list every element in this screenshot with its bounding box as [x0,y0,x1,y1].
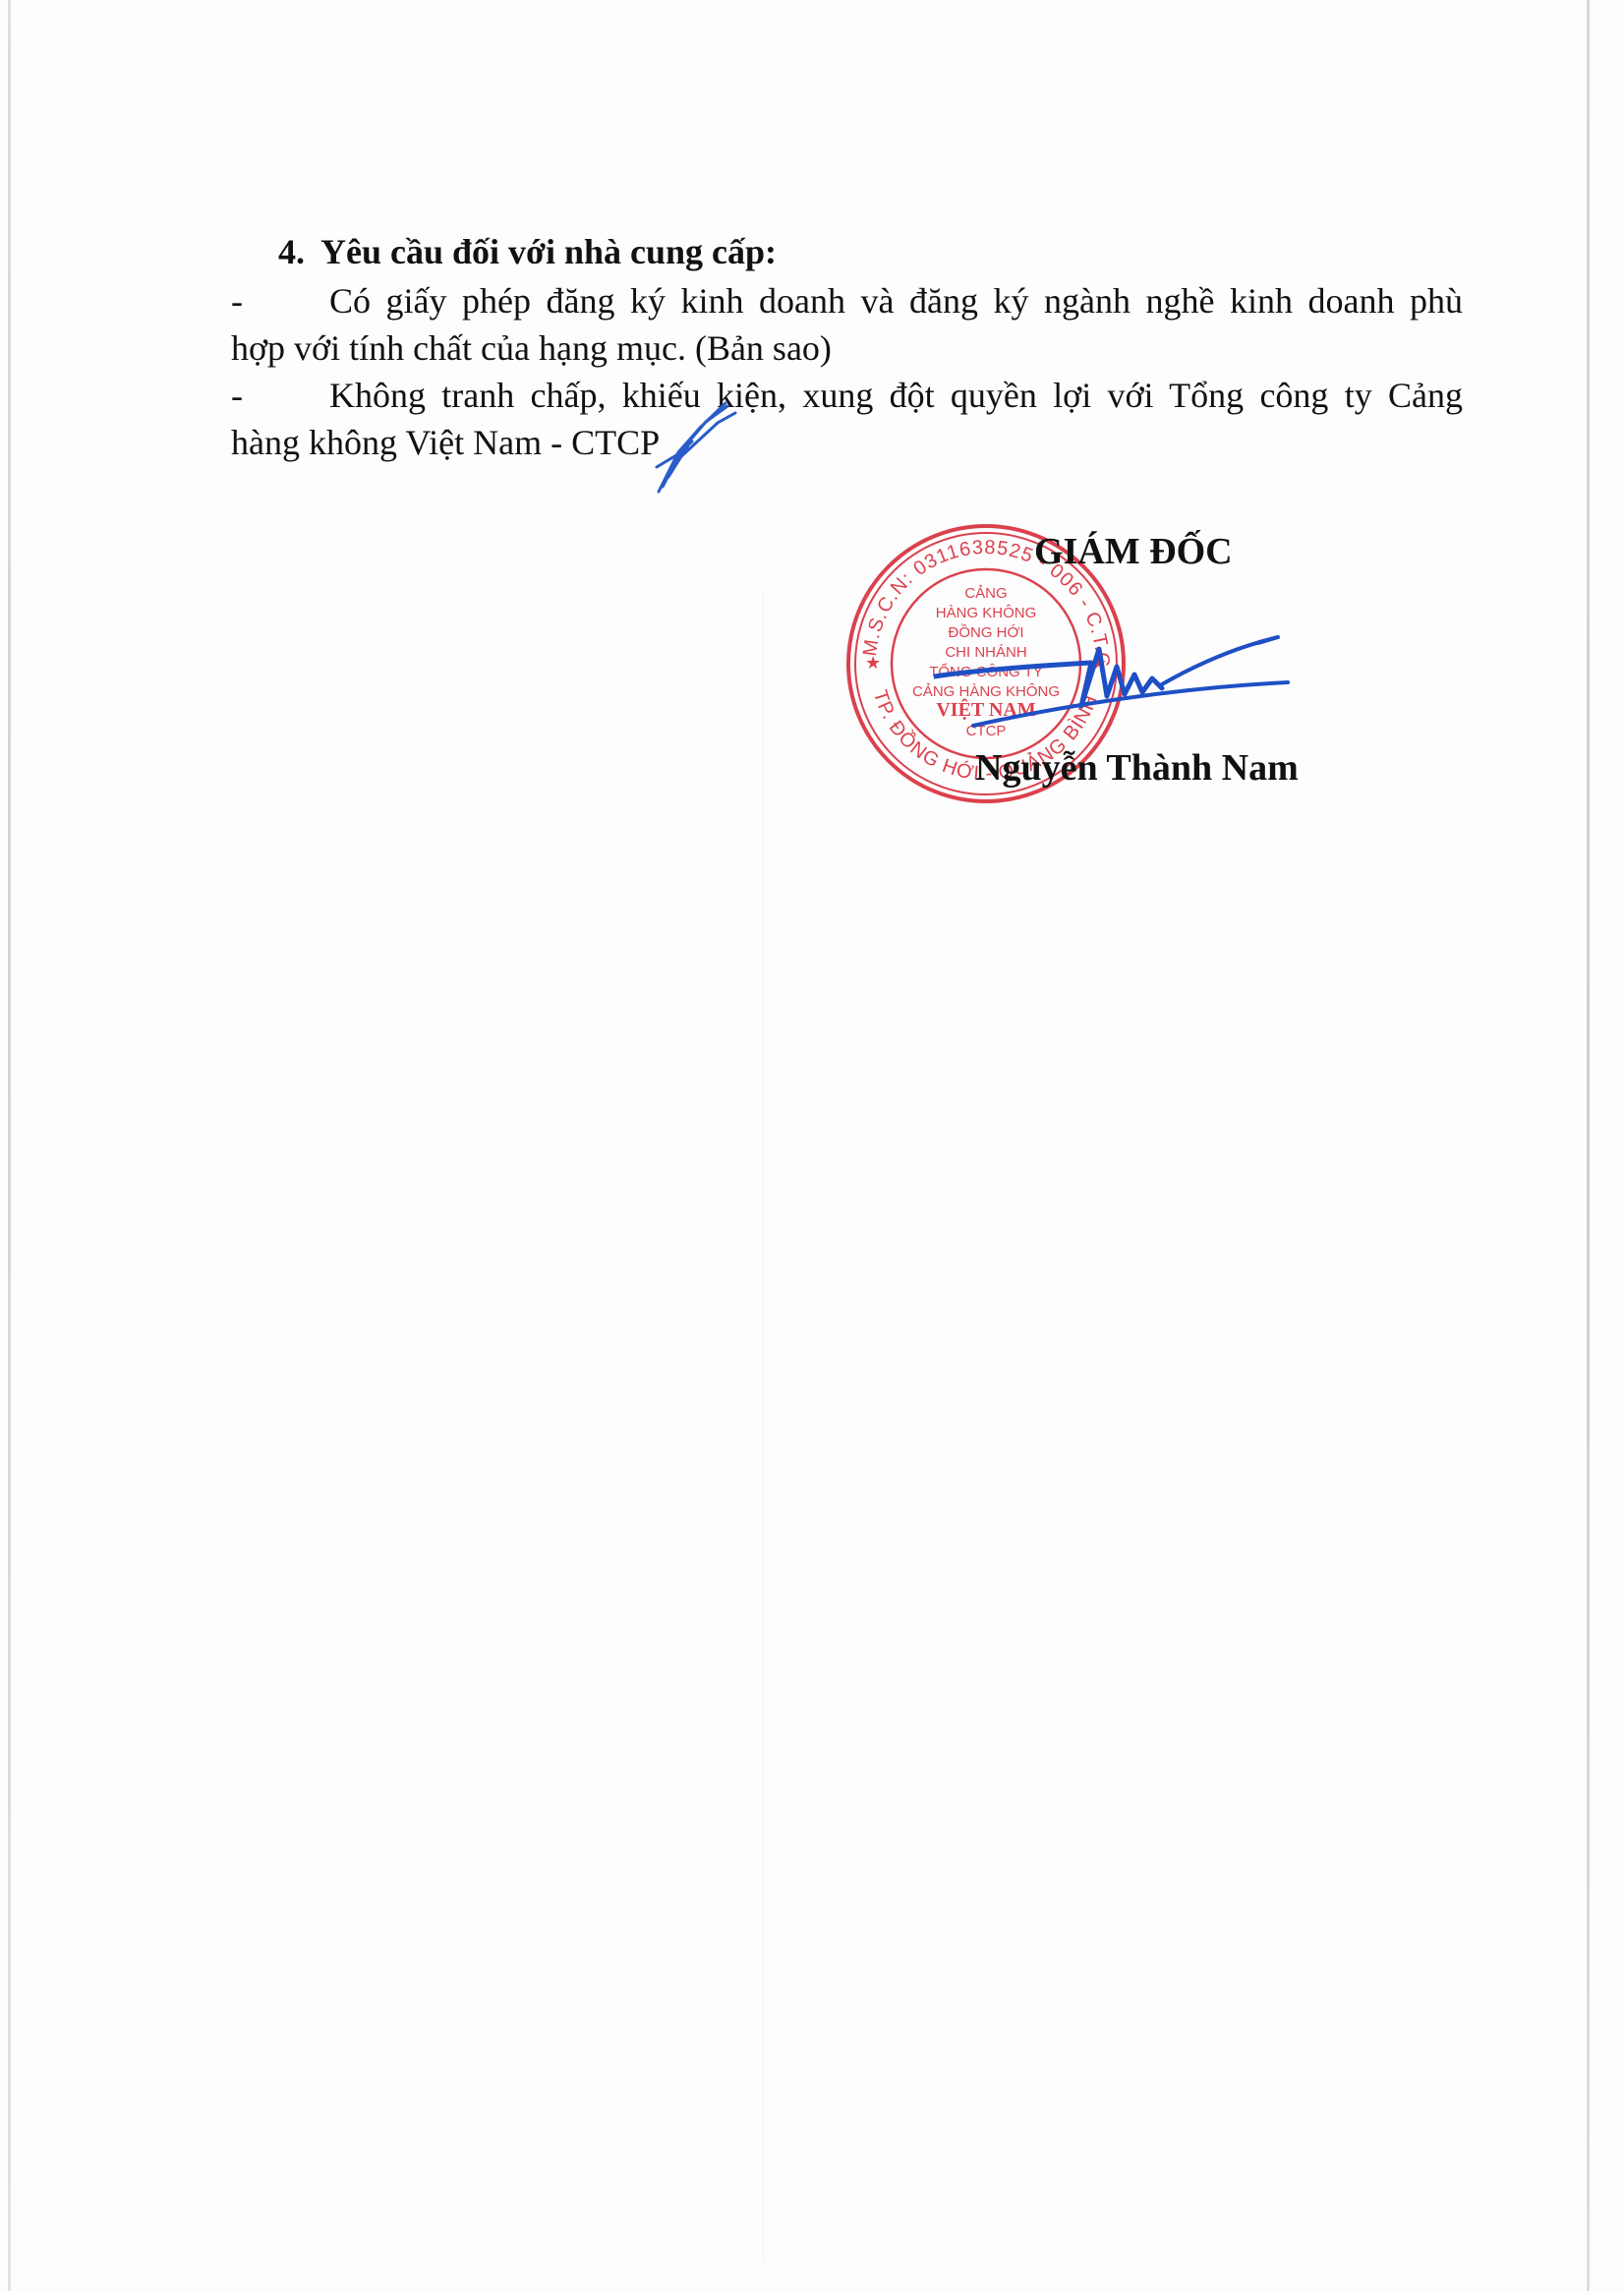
section-title: Yêu cầu đối với nhà cung cấp: [320,232,777,271]
requirement-line: -Có giấy phép đăng ký kinh doanh và đăng… [231,277,1463,324]
scan-edge-left [8,0,11,2291]
bullet-dash: - [231,277,329,324]
svg-text:★: ★ [865,653,881,673]
section-number: 4. [278,232,305,271]
requirement-line: -Không tranh chấp, khiếu kiện, xung đột … [231,372,1463,419]
section-heading: 4.Yêu cầu đối với nhà cung cấp: [231,226,1463,277]
signer-name: Nguyễn Thành Nam [975,742,1299,793]
handwritten-signature-icon [934,619,1298,728]
requirement-text: Không tranh chấp, khiếu kiện, xung đột q… [329,376,1463,415]
requirement-text: Có giấy phép đăng ký kinh doanh và đăng … [329,281,1463,321]
scan-edge-right [1587,0,1590,2291]
svg-text:CẢNG: CẢNG [964,585,1007,602]
initials-signature-icon [649,398,737,497]
requirement-item: -Không tranh chấp, khiếu kiện, xung đột … [231,372,1463,466]
requirement-line: hàng không Việt Nam - CTCP [231,419,1463,466]
scan-fold-line [763,590,764,2262]
signer-title: GIÁM ĐỐC [1034,526,1233,577]
requirement-line: hợp với tính chất của hạng mục. (Bản sao… [231,324,1463,372]
document-body: 4.Yêu cầu đối với nhà cung cấp: -Có giấy… [231,226,1463,466]
requirement-item: -Có giấy phép đăng ký kinh doanh và đăng… [231,277,1463,372]
bullet-dash: - [231,372,329,419]
document-page: 4.Yêu cầu đối với nhà cung cấp: -Có giấy… [0,0,1624,2291]
